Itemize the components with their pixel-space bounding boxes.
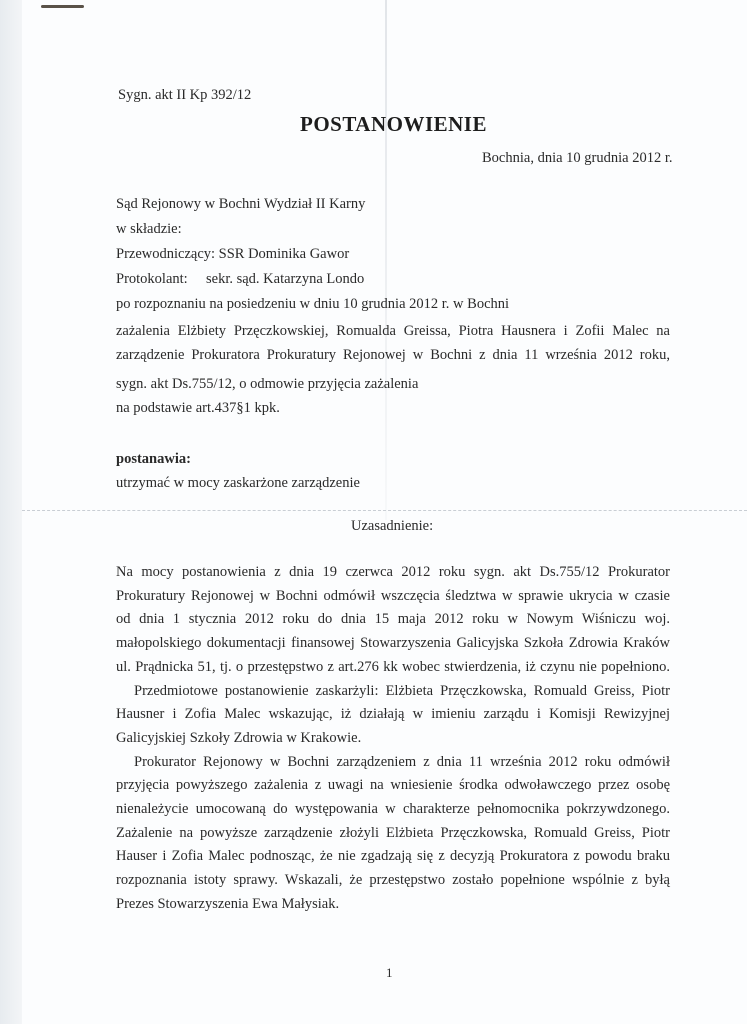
paragraph-line: nienależycie umocowaną do występowania w… — [116, 798, 670, 822]
case-number: Sygn. akt II Kp 392/12 — [118, 88, 251, 103]
recorder-label: Protokolant: — [116, 272, 188, 287]
justification-body: Na mocy postanowienia z dnia 19 czerwca … — [116, 561, 670, 917]
recorder: sekr. sąd. Katarzyna Londo — [206, 272, 364, 287]
intro-line: zażalenia Elżbiety Przęczkowskiej, Romua… — [116, 320, 670, 344]
fold-line-horizontal — [22, 510, 747, 512]
fold-line-vertical — [385, 0, 387, 520]
paragraph-line: Hauser i Zofia Malec podnosząc, że nie z… — [116, 845, 670, 869]
paragraph-line: Na mocy postanowienia z dnia 19 czerwca … — [116, 561, 670, 585]
staple-mark — [41, 5, 84, 8]
intro-line: sygn. akt Ds.755/12, o odmowie przyjęcia… — [116, 377, 418, 392]
paragraph-line: ul. Prądnicka 51, tj. o przestępstwo z a… — [116, 656, 670, 680]
paragraph-line: Hausner i Zofia Malec wskazując, iż dzia… — [116, 703, 670, 727]
paragraph-line: rozpoznania istoty sprawy. Wskazali, że … — [116, 869, 670, 893]
page-number: 1 — [386, 965, 393, 981]
scan-left-edge — [0, 0, 22, 1024]
intro-line: na podstawie art.437§1 kpk. — [116, 401, 280, 416]
court-name: Sąd Rejonowy w Bochni Wydział II Karny — [116, 197, 365, 212]
decision-text: utrzymać w mocy zaskarżone zarządzenie — [116, 476, 360, 491]
paragraph-line: od dnia 1 stycznia 2012 roku do dnia 15 … — [116, 608, 670, 632]
paragraph-line: Przedmiotowe postanowienie zaskarżyli: E… — [116, 680, 670, 704]
document-title: POSTANOWIENIE — [300, 112, 487, 137]
paragraph-line: Zażalenie na powyższe zarządzenie złożyl… — [116, 822, 670, 846]
decision-label: postanawia: — [116, 452, 191, 467]
paragraph-line: Prezes Stowarzyszenia Ewa Małysiak. — [116, 893, 670, 917]
intro-line: zarządzenie Prokuratora Prokuratury Rejo… — [116, 344, 670, 368]
place-date: Bochnia, dnia 10 grudnia 2012 r. — [482, 151, 672, 166]
intro-line: po rozpoznaniu na posiedzeniu w dniu 10 … — [116, 297, 509, 312]
chair: Przewodniczący: SSR Dominika Gawor — [116, 247, 349, 262]
composition-label: w składzie: — [116, 222, 182, 237]
paragraph-line: Galicyjskiej Szkoły Zdrowia w Krakowie. — [116, 727, 670, 751]
paragraph-line: Prokurator Rejonowy w Bochni zarządzenie… — [116, 751, 670, 775]
intro-block: zażalenia Elżbiety Przęczkowskiej, Romua… — [116, 320, 670, 367]
paragraph-line: Prokuratury Rejonowej w Bochni odmówił w… — [116, 585, 670, 609]
paragraph-line: przyjęcia powyższego zażalenia z uwagi n… — [116, 774, 670, 798]
paragraph-line: małopolskiego dokumentacji finansowej St… — [116, 632, 670, 656]
justification-heading: Uzasadnienie: — [351, 519, 433, 534]
